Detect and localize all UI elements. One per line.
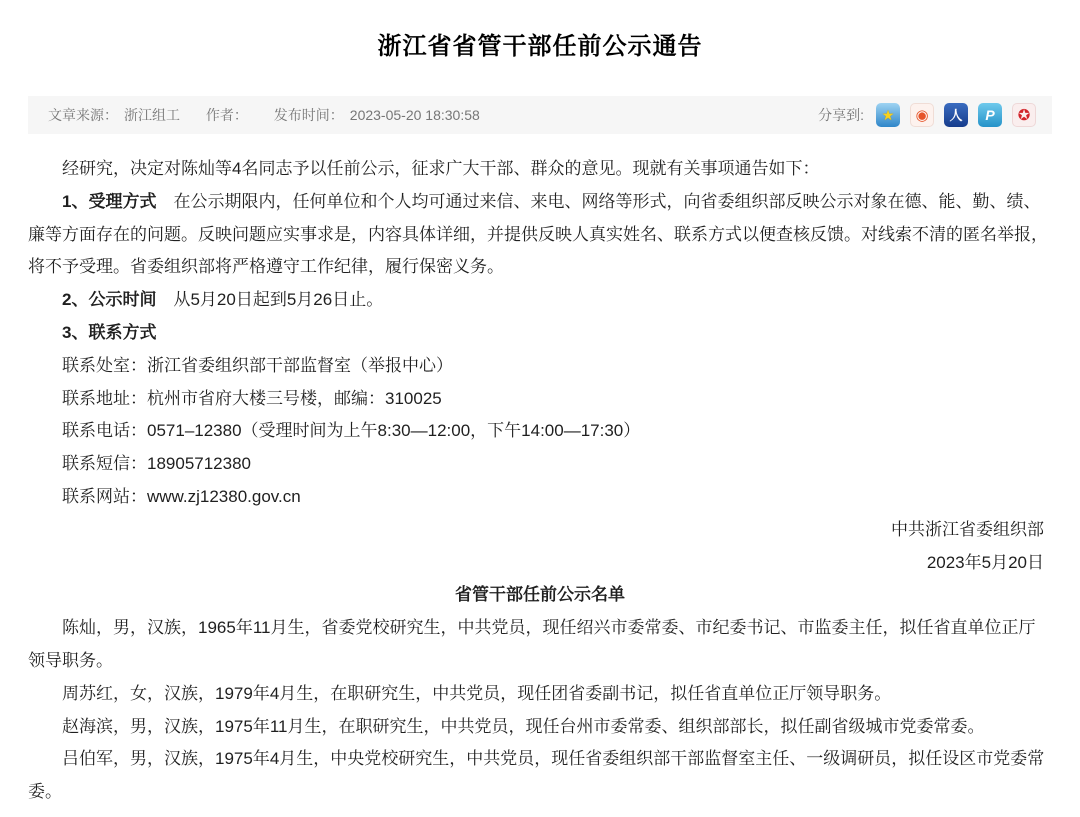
notice-item-3-title: 3、联系方式	[62, 323, 156, 342]
notice-item-2-text: 从5月20日起到5月26日止。	[156, 290, 383, 309]
notice-item-3: 3、联系方式	[28, 317, 1052, 350]
article-page: 浙江省省管干部任前公示通告 文章来源：浙江组工 作者： 发布时间：2023-05…	[0, 0, 1080, 817]
share-tencent-weibo-icon[interactable]: P	[978, 103, 1002, 127]
contact-website: 联系网站：www.zj12380.gov.cn	[28, 481, 1052, 514]
source-value: 浙江组工	[124, 107, 180, 123]
signature-date: 2023年5月20日	[28, 547, 1052, 580]
share-people-weibo-icon[interactable]: ✪	[1012, 103, 1036, 127]
contact-address: 联系地址：杭州市省府大楼三号楼，邮编：310025	[28, 383, 1052, 416]
list-entry-4: 吕伯军，男，汉族，1975年4月生，中央党校研究生，中共党员，现任省委组织部干部…	[28, 743, 1052, 809]
share-renren-icon[interactable]: 人	[944, 103, 968, 127]
list-entry-2: 周苏红，女，汉族，1979年4月生，在职研究生，中共党员，现任团省委副书记，拟任…	[28, 678, 1052, 711]
source-label: 文章来源：	[48, 107, 118, 123]
author-label: 作者：	[206, 107, 248, 123]
intro-paragraph: 经研究，决定对陈灿等4名同志予以任前公示，征求广大干部、群众的意见。现就有关事项…	[28, 153, 1052, 186]
list-entry-3: 赵海滨，男，汉族，1975年11月生，在职研究生，中共党员，现任台州市委常委、组…	[28, 711, 1052, 744]
meta-bar: 文章来源：浙江组工 作者： 发布时间：2023-05-20 18:30:58 分…	[28, 96, 1052, 134]
share-qzone-icon[interactable]: ★	[876, 103, 900, 127]
notice-item-2: 2、公示时间 从5月20日起到5月26日止。	[28, 284, 1052, 317]
list-entry-1: 陈灿，男，汉族，1965年11月生，省委党校研究生，中共党员，现任绍兴市委常委、…	[28, 612, 1052, 678]
meta-info: 文章来源：浙江组工 作者： 发布时间：2023-05-20 18:30:58	[48, 105, 486, 125]
share-sina-weibo-icon[interactable]: ◉	[910, 103, 934, 127]
contact-office: 联系处室：浙江省委组织部干部监督室（举报中心）	[28, 350, 1052, 383]
publish-value: 2023-05-20 18:30:58	[350, 107, 480, 123]
share-label: 分享到:	[818, 105, 864, 125]
list-title: 省管干部任前公示名单	[28, 579, 1052, 612]
notice-item-1: 1、受理方式 在公示期限内，任何单位和个人均可通过来信、来电、网络等形式，向省委…	[28, 186, 1052, 284]
notice-item-1-text: 在公示期限内，任何单位和个人均可通过来信、来电、网络等形式，向省委组织部反映公示…	[28, 192, 1048, 277]
article-body: 经研究，决定对陈灿等4名同志予以任前公示，征求广大干部、群众的意见。现就有关事项…	[28, 153, 1052, 809]
contact-sms: 联系短信：18905712380	[28, 448, 1052, 481]
page-title: 浙江省省管干部任前公示通告	[0, 30, 1080, 64]
notice-item-2-title: 2、公示时间	[62, 290, 156, 309]
contact-phone: 联系电话：0571–12380（受理时间为上午8:30—12:00，下午14:0…	[28, 415, 1052, 448]
notice-item-1-title: 1、受理方式	[62, 192, 156, 211]
signature: 中共浙江省委组织部	[28, 514, 1052, 547]
publish-label: 发布时间：	[274, 107, 344, 123]
share-bar: 分享到: ★ ◉ 人 P ✪	[818, 103, 1038, 127]
